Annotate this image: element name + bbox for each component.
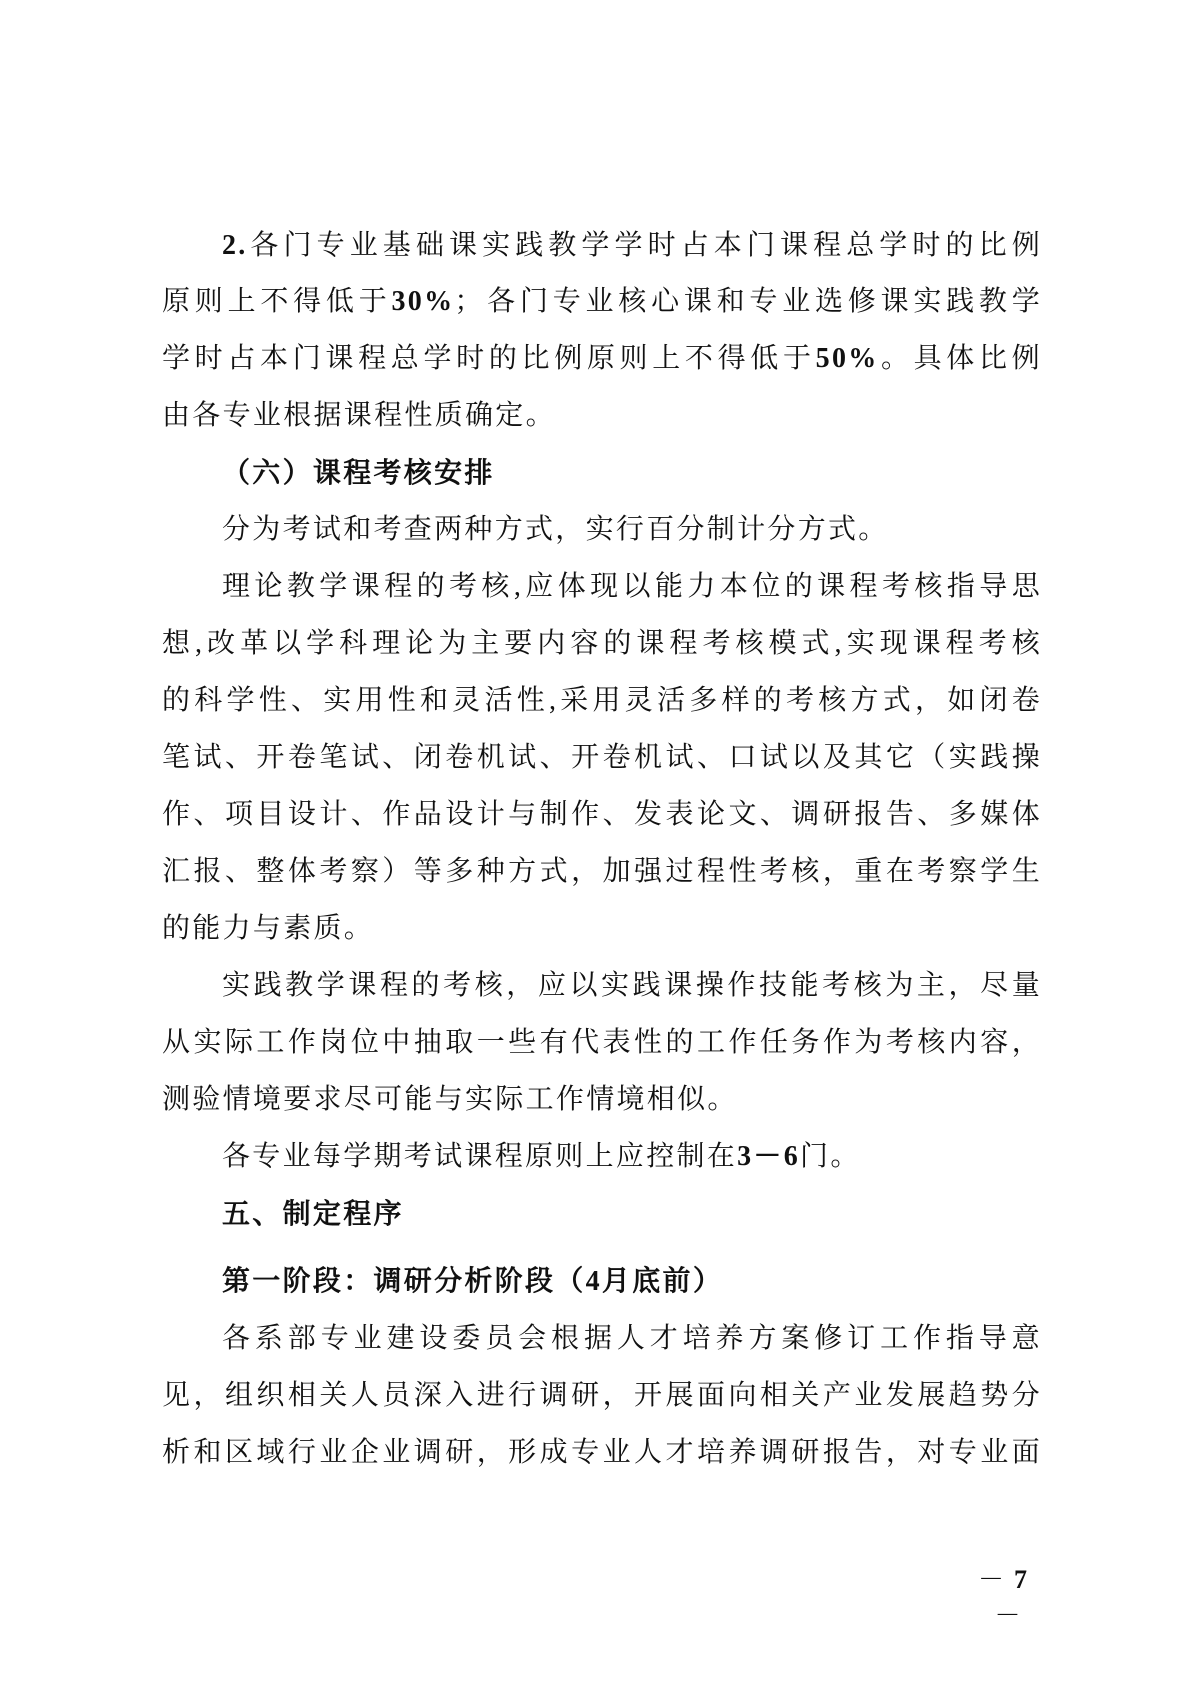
- exam-count-range: 3－6: [737, 1141, 800, 1172]
- paragraph-theory-line-1: 理论教学课程的考核,应体现以能力本位的课程考核指导思: [222, 558, 1042, 615]
- paragraph-research-line-1: 各系部专业建设委员会根据人才培养方案修订工作指导意: [222, 1310, 1042, 1367]
- paragraph-practice-line-2: 从实际工作岗位中抽取一些有代表性的工作任务作为考核内容，: [162, 1014, 1042, 1071]
- paragraph-research-line-2: 见，组织相关人员深入进行调研，开展面向相关产业发展趋势分: [162, 1367, 1042, 1424]
- clause-number: 2.: [222, 230, 248, 261]
- subheading-course-assessment: （六）课程考核安排: [222, 444, 1042, 501]
- clause-text: 原则上不得低于: [162, 286, 391, 317]
- clause-text: ；各门专业核心课和专业选修课实践教学: [454, 286, 1042, 317]
- paragraph-exam-types: 分为考试和考查两种方式，实行百分制计分方式。: [222, 501, 1042, 558]
- clause-text: 学时占本门课程总学时的比例原则上不得低于: [162, 343, 816, 374]
- exam-count-text: 各专业每学期考试课程原则上应控制在: [222, 1141, 737, 1172]
- paragraph-research-line-3: 析和区域行业企业调研，形成专业人才培养调研报告，对专业面: [162, 1424, 1042, 1481]
- paragraph-theory-line-7: 的能力与素质。: [162, 900, 1042, 957]
- stage-heading-text: 第一阶段：调研分析阶段（: [222, 1264, 586, 1297]
- clause-text: 。具体比例: [879, 343, 1042, 374]
- page-number: －7－: [965, 1562, 1050, 1598]
- paragraph-exam-count: 各专业每学期考试课程原则上应控制在3－6门。: [222, 1128, 1042, 1185]
- paragraph-practice-line-1: 实践教学课程的考核，应以实践课操作技能考核为主，尽量: [222, 957, 1042, 1014]
- clause-text: 由各专业根据课程性质确定。: [162, 400, 556, 431]
- page-number-prefix: －: [978, 1565, 1004, 1594]
- clause-2-line-1: 2.各门专业基础课实践教学学时占本门课程总学时的比例: [222, 217, 1042, 274]
- page-number-value: 7: [1014, 1565, 1027, 1594]
- paragraph-theory-line-6: 汇报、整体考察）等多种方式，加强过程性考核，重在考察学生: [162, 843, 1042, 900]
- page-number-suffix: －: [994, 1601, 1020, 1630]
- clause-2-line-3: 学时占本门课程总学时的比例原则上不得低于50%。具体比例: [162, 330, 1042, 387]
- percentage-50: 50%: [816, 343, 879, 374]
- document-page: 2.各门专业基础课实践教学学时占本门课程总学时的比例 原则上不得低于30%；各门…: [0, 0, 1190, 1683]
- stage-heading-text: 月底前）: [602, 1264, 723, 1297]
- paragraph-theory-line-3: 的科学性、实用性和灵活性,采用灵活多样的考核方式，如闭卷: [162, 672, 1042, 729]
- clause-2-line-4: 由各专业根据课程性质确定。: [162, 387, 1042, 444]
- paragraph-practice-line-3: 测验情境要求尽可能与实际工作情境相似。: [162, 1071, 1042, 1128]
- percentage-30: 30%: [391, 286, 454, 317]
- stage-heading-research: 第一阶段：调研分析阶段（4月底前）: [222, 1252, 1042, 1309]
- paragraph-theory-line-2: 想,改革以学科理论为主要内容的课程考核模式,实现课程考核: [162, 615, 1042, 672]
- exam-count-unit: 门。: [800, 1141, 861, 1172]
- paragraph-theory-line-5: 作、项目设计、作品设计与制作、发表论文、调研报告、多媒体: [162, 786, 1042, 843]
- stage-month: 4: [586, 1266, 602, 1297]
- clause-2-line-2: 原则上不得低于30%；各门专业核心课和专业选修课实践教学: [162, 273, 1042, 330]
- clause-text: 各门专业基础课实践教学学时占本门课程总学时的比例: [248, 230, 1042, 261]
- section-heading-procedure: 五、制定程序: [222, 1185, 1042, 1242]
- paragraph-theory-line-4: 笔试、开卷笔试、闭卷机试、开卷机试、口试以及其它（实践操: [162, 729, 1042, 786]
